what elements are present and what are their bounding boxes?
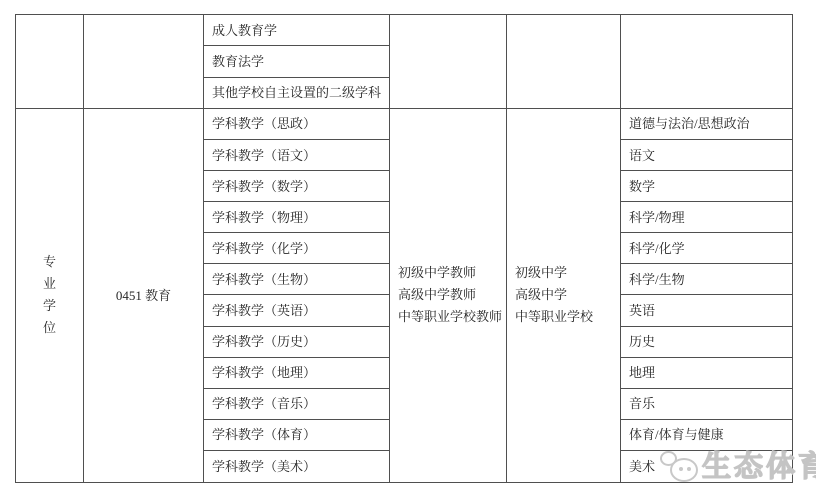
teaching-subject-row: 语文: [621, 140, 792, 171]
teaching-subject-row: 体育/体育与健康: [621, 420, 792, 451]
subject-teaching-row: 学科教学（物理）: [204, 202, 390, 233]
education-degree-table: 成人教育学 教育法学 其他学校自主设置的二级学科 专业学位 0451 教育 学科…: [15, 14, 793, 483]
subject-teaching-row: 学科教学（语文）: [204, 140, 390, 171]
upper-discipline-row: 成人教育学: [204, 15, 390, 46]
upper-code-cell-empty: [84, 15, 204, 109]
subject-teaching-row: 学科教学（化学）: [204, 233, 390, 264]
teacher-certificate-line: 高级中学教师: [398, 284, 476, 306]
subject-teaching-row: 学科教学（体育）: [204, 420, 390, 451]
degree-code-cell: 0451 教育: [84, 109, 204, 482]
school-level-line: 高级中学: [515, 284, 567, 306]
degree-code-label: 0451 教育: [116, 288, 171, 303]
degree-type-vertical-label: 专业学位: [43, 251, 57, 339]
upper-teacher-cell-empty: [390, 15, 507, 109]
upper-discipline-row: 其他学校自主设置的二级学科: [204, 78, 390, 109]
teaching-subject-row: 音乐: [621, 389, 792, 420]
teaching-subject-row: 英语: [621, 295, 792, 326]
teacher-certificate-cell: 初级中学教师 高级中学教师 中等职业学校教师: [390, 109, 507, 482]
subject-teaching-row: 学科教学（英语）: [204, 295, 390, 326]
subject-teaching-row: 学科教学（美术）: [204, 451, 390, 482]
subject-teaching-row: 学科教学（数学）: [204, 171, 390, 202]
degree-type-cell: 专业学位: [16, 109, 84, 482]
teaching-subject-row: 科学/物理: [621, 202, 792, 233]
teaching-subject-row: 地理: [621, 358, 792, 389]
upper-category-cell-empty: [16, 15, 84, 109]
subject-teaching-row: 学科教学（生物）: [204, 264, 390, 295]
upper-school-cell-empty: [507, 15, 621, 109]
teaching-subject-row: 数学: [621, 171, 792, 202]
teaching-subject-row: 科学/生物: [621, 264, 792, 295]
upper-subject-cell-empty: [621, 15, 792, 109]
school-level-line: 中等职业学校: [515, 306, 593, 328]
subject-teaching-row: 学科教学（历史）: [204, 327, 390, 358]
school-level-line: 初级中学: [515, 262, 567, 284]
subject-teaching-row: 学科教学（思政）: [204, 109, 390, 140]
subject-teaching-row: 学科教学（音乐）: [204, 389, 390, 420]
teacher-certificate-line: 中等职业学校教师: [398, 306, 502, 328]
teacher-certificate-line: 初级中学教师: [398, 262, 476, 284]
teaching-subject-row: 历史: [621, 327, 792, 358]
teaching-subject-row: 道德与法治/思想政治: [621, 109, 792, 140]
subject-teaching-row: 学科教学（地理）: [204, 358, 390, 389]
document-page: 成人教育学 教育法学 其他学校自主设置的二级学科 专业学位 0451 教育 学科…: [0, 0, 816, 500]
teaching-subject-row: 科学/化学: [621, 233, 792, 264]
upper-discipline-row: 教育法学: [204, 46, 390, 77]
teaching-subject-row: 美术: [621, 451, 792, 482]
school-level-cell: 初级中学 高级中学 中等职业学校: [507, 109, 621, 482]
